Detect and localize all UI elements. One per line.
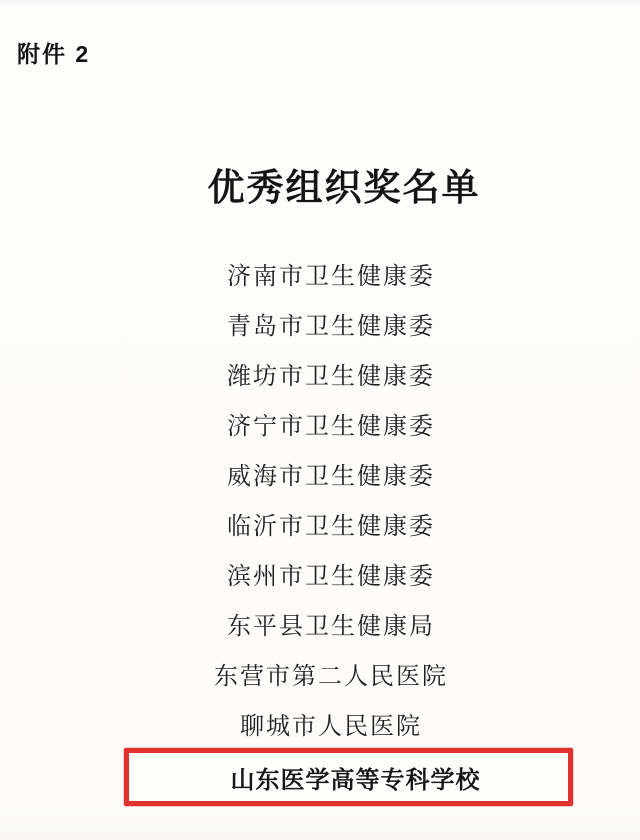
list-item: 东平县卫生健康局: [22, 602, 640, 652]
list-item: 济宁市卫生健康委: [22, 402, 640, 452]
list-item: 东营市第二人民医院: [22, 652, 640, 702]
list-item: 滨州市卫生健康委: [22, 552, 640, 602]
list-item: 威海市卫生健康委: [22, 452, 640, 502]
list-item: 济南市卫生健康委: [22, 252, 640, 302]
document-title: 优秀组织奖名单: [0, 168, 640, 210]
list-item: 青岛市卫生健康委: [22, 302, 640, 352]
attachment-label: 附件 2: [17, 36, 90, 69]
highlighted-item: 山东医学高等专科学校: [217, 760, 481, 795]
highlight-box: 山东医学高等专科学校: [124, 748, 573, 806]
document-page: 附件 2 优秀组织奖名单 济南市卫生健康委 青岛市卫生健康委 潍坊市卫生健康委 …: [0, 0, 640, 840]
award-list: 济南市卫生健康委 青岛市卫生健康委 潍坊市卫生健康委 济宁市卫生健康委 威海市卫…: [0, 252, 640, 752]
list-item: 临沂市卫生健康委: [22, 502, 640, 552]
list-item: 聊城市人民医院: [22, 702, 640, 752]
list-item: 潍坊市卫生健康委: [22, 352, 640, 402]
